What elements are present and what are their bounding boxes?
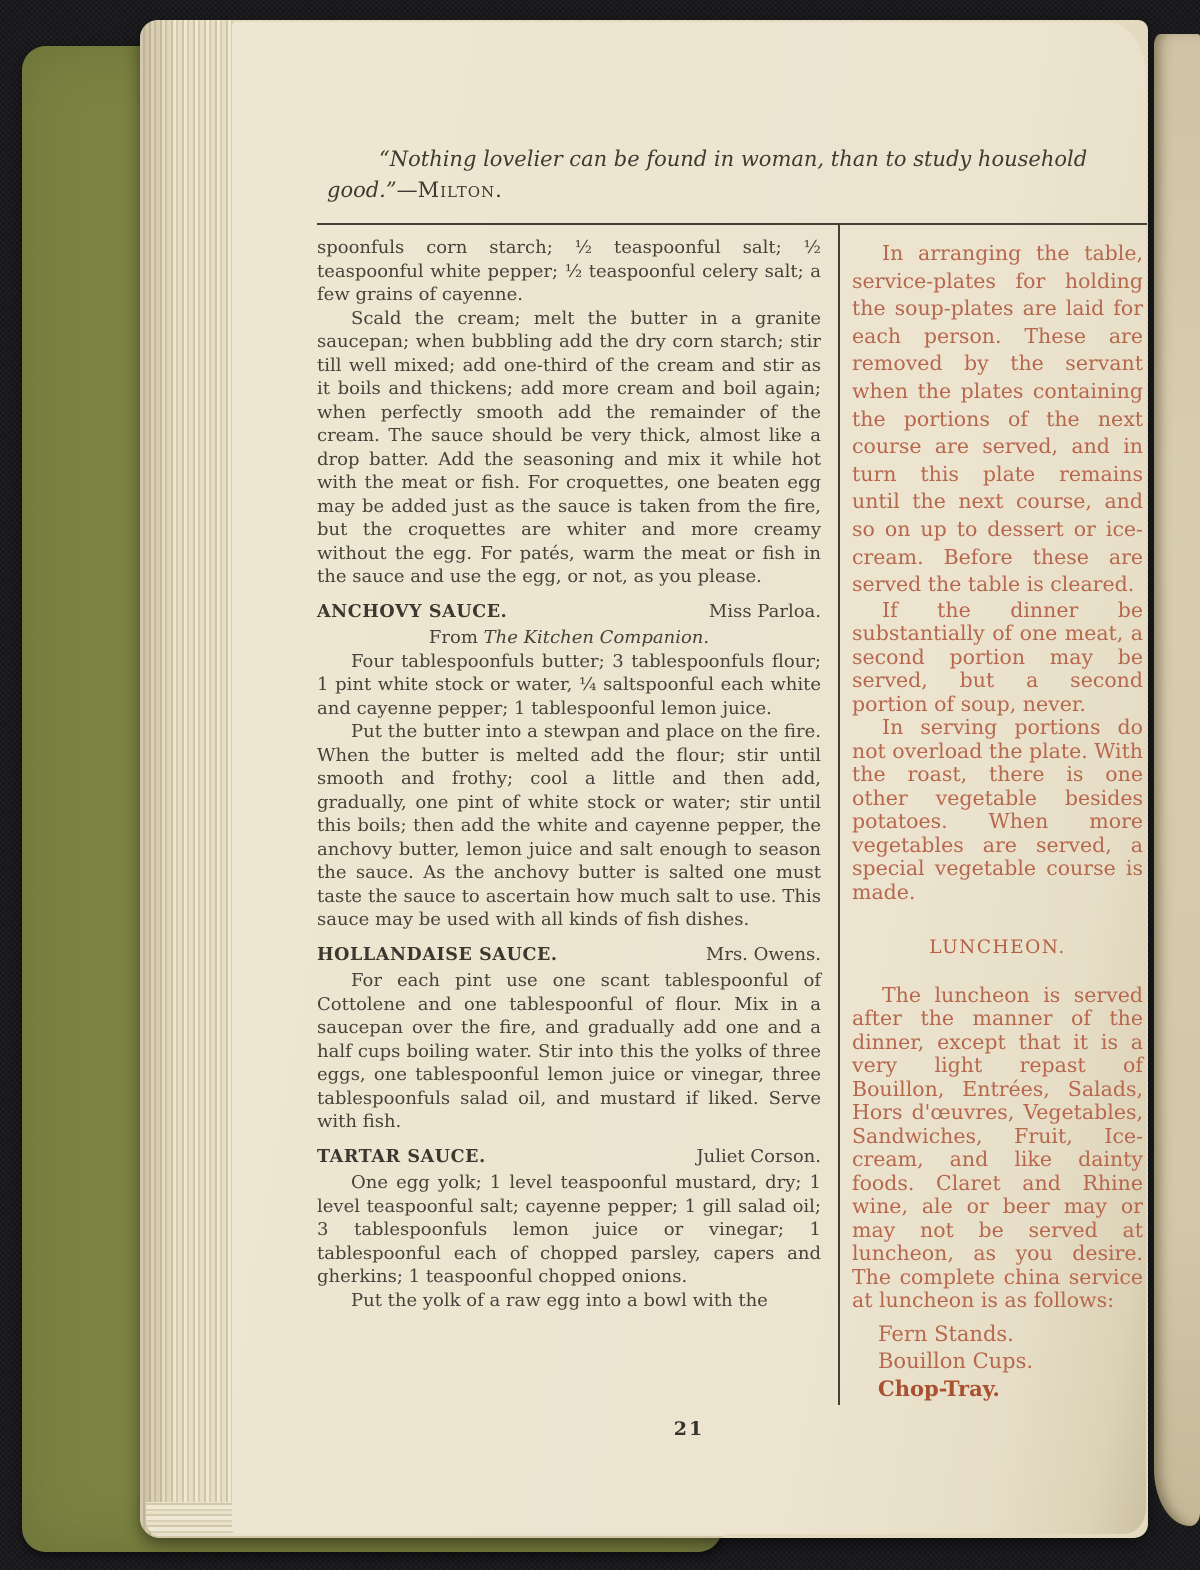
source-prefix: From — [429, 627, 484, 648]
recipe-author: Miss Parloa. — [709, 600, 821, 624]
china-service-list: Fern Stands. Bouillon Cups. Chop-Tray. — [878, 1321, 1143, 1402]
list-item: Bouillon Cups. — [878, 1348, 1143, 1375]
recipe-paragraph: Put the butter into a stewpan and place … — [317, 720, 821, 932]
book-scan: “Nothing lovelier can be found in woman,… — [0, 0, 1200, 1570]
epigraph-attribution: Milton. — [418, 178, 503, 202]
recipe-title: TARTAR SAUCE. — [317, 1146, 486, 1170]
paragraph: Scald the cream; melt the butter in a gr… — [317, 307, 821, 589]
recipe-source-line: From The Kitchen Companion. — [317, 626, 821, 650]
recipe-paragraph: Put the yolk of a raw egg into a bowl wi… — [317, 1289, 821, 1313]
luncheon-heading: LUNCHEON. — [852, 936, 1143, 960]
continued-paragraph: spoonfuls corn starch; ½ teaspoonful sal… — [317, 236, 821, 307]
etiquette-paragraph: In serving portions do not overload the … — [852, 716, 1143, 904]
etiquette-paragraph: If the dinner be substantially of one me… — [852, 599, 1143, 717]
page-number: 21 — [232, 1418, 1146, 1440]
horizontal-rule — [317, 223, 1147, 225]
recipe-paragraph: Four tablespoonfuls butter; 3 tablespoon… — [317, 650, 821, 721]
list-item: Chop-Tray. — [878, 1375, 1143, 1402]
epigraph-quote: “Nothing lovelier can be found in woman,… — [327, 144, 1147, 206]
recipe-author: Juliet Corson. — [696, 1145, 821, 1169]
recipe-heading-row: TARTAR SAUCE. Juliet Corson. — [317, 1145, 821, 1170]
left-column: spoonfuls corn starch; ½ teaspoonful sal… — [317, 236, 821, 1312]
recipe-paragraph: One egg yolk; 1 level teaspoonful mustar… — [317, 1171, 821, 1289]
column-divider-rule — [838, 225, 840, 1405]
recipe-heading-row: HOLLANDAISE SAUCE. Mrs. Owens. — [317, 943, 821, 968]
luncheon-paragraph: The luncheon is served after the manner … — [852, 984, 1143, 1313]
recipe-heading-row: ANCHOVY SAUCE. Miss Parloa. — [317, 600, 821, 625]
recipe-author: Mrs. Owens. — [706, 943, 821, 967]
etiquette-paragraph: In arranging the table, service-plates f… — [852, 240, 1143, 599]
right-column: In arranging the table, service-plates f… — [852, 240, 1143, 1402]
next-page-edge — [1154, 34, 1200, 1526]
recipe-paragraph: For each pint use one scant tablespoonfu… — [317, 969, 821, 1134]
source-title: The Kitchen Companion. — [484, 627, 709, 648]
recipe-title: ANCHOVY SAUCE. — [317, 601, 507, 625]
list-item: Fern Stands. — [878, 1321, 1143, 1348]
recipe-title: HOLLANDAISE SAUCE. — [317, 944, 558, 968]
